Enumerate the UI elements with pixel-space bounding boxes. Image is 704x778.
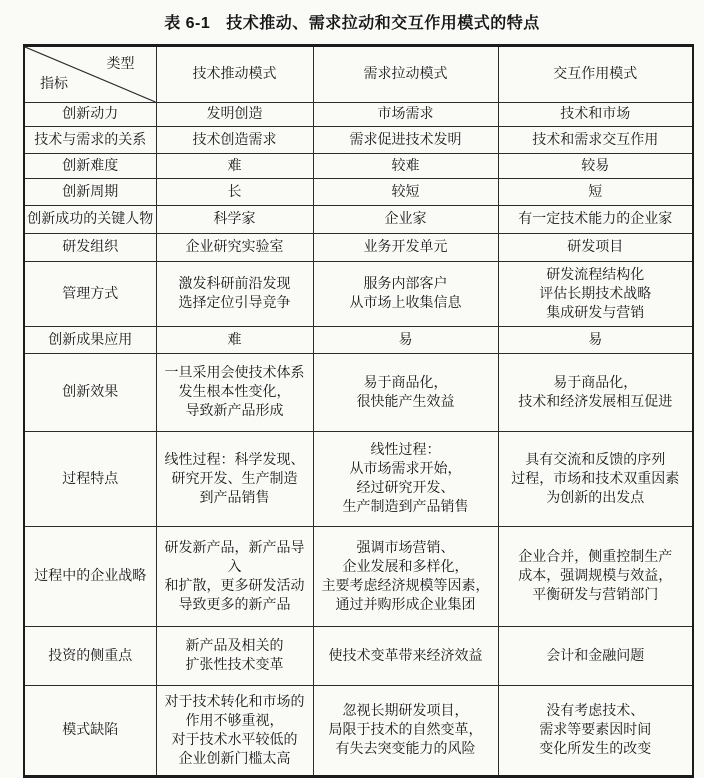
cell-line: 一旦采用会使技术体系 — [159, 364, 311, 383]
value-cell: 较易 — [498, 154, 693, 179]
cell-line: 企业合并，侧重控制生产 — [501, 548, 691, 567]
cell-line: 扩张性技术变革 — [159, 656, 311, 675]
value-cell: 有一定技术能力的企业家 — [498, 206, 693, 234]
value-cell: 线性过程：从市场需求开始，经过研究开发、生产制造到产品销售 — [313, 432, 498, 527]
cell-line: 具有交流和反馈的序列 — [501, 451, 691, 470]
cell-line: 技术和经济发展相互促进 — [501, 393, 691, 412]
indicator-cell: 创新难度 — [24, 154, 156, 179]
table-row: 创新成果应用难易易 — [24, 327, 693, 354]
cell-line: 易于商品化， — [316, 374, 496, 393]
cell-line: 平衡研发与营销部门 — [501, 586, 691, 605]
cell-line: 技术和需求交互作用 — [501, 131, 691, 150]
value-cell: 具有交流和反馈的序列过程，市场和技术双重因素为创新的出发点 — [498, 432, 693, 527]
cell-line: 技术创造需求 — [159, 131, 311, 150]
cell-line: 评估长期技术战略 — [501, 285, 691, 304]
value-cell: 难 — [156, 154, 313, 179]
table-row: 过程特点线性过程：科学发现、研究开发、生产制造到产品销售线性过程：从市场需求开始… — [24, 432, 693, 527]
cell-line: 集成研发与营销 — [501, 304, 691, 323]
cell-line: 发生根本性变化， — [159, 383, 311, 402]
cell-line: 企业研究实验室 — [159, 238, 311, 257]
cell-line: 主要考虑经济规模等因素， — [316, 577, 496, 596]
column-header-tech-push: 技术推动模式 — [156, 46, 313, 103]
header-row: 类型 指标 技术推动模式 需求拉动模式 交互作用模式 — [24, 46, 693, 103]
value-cell: 短 — [498, 179, 693, 206]
table-number: 表 6-1 — [164, 15, 210, 32]
value-cell: 发明创造 — [156, 103, 313, 127]
cell-line: 生产制造到产品销售 — [316, 498, 496, 517]
value-cell: 企业合并，侧重控制生产成本，强调规模与效益，平衡研发与营销部门 — [498, 527, 693, 627]
indicator-cell: 创新成功的关键人物 — [24, 206, 156, 234]
table-row: 模式缺陷对于技术转化和市场的作用不够重视，对于技术水平较低的企业创新门槛太高忽视… — [24, 686, 693, 777]
cell-line: 线性过程： — [316, 441, 496, 460]
cell-line: 有失去突变能力的风险 — [316, 740, 496, 759]
cell-line: 使技术变革带来经济效益 — [316, 647, 496, 666]
column-header-interactive: 交互作用模式 — [498, 46, 693, 103]
cell-line: 研发项目 — [501, 238, 691, 257]
indicator-cell: 过程特点 — [24, 432, 156, 527]
cell-line: 变化所发生的改变 — [501, 740, 691, 759]
cell-line: 需求等要素因时间 — [501, 721, 691, 740]
cell-line: 从市场上收集信息 — [316, 294, 496, 313]
cell-line: 市场需求 — [316, 105, 496, 124]
cell-line: 从市场需求开始， — [316, 460, 496, 479]
value-cell: 技术和需求交互作用 — [498, 127, 693, 154]
cell-line: 导致更多的新产品 — [159, 596, 311, 615]
cell-line: 通过并购形成企业集团 — [316, 596, 496, 615]
value-cell: 强调市场营销、企业发展和多样化，主要考虑经济规模等因素，通过并购形成企业集团 — [313, 527, 498, 627]
table-row: 创新周期长较短短 — [24, 179, 693, 206]
cell-line: 选择定位引导竞争 — [159, 294, 311, 313]
value-cell: 研发流程结构化评估长期技术战略集成研发与营销 — [498, 262, 693, 327]
table-row: 创新成功的关键人物科学家企业家有一定技术能力的企业家 — [24, 206, 693, 234]
cell-line: 没有考虑技术、 — [501, 702, 691, 721]
value-cell: 长 — [156, 179, 313, 206]
indicator-cell: 管理方式 — [24, 262, 156, 327]
cell-line: 服务内部客户 — [316, 275, 496, 294]
cell-line: 对于技术水平较低的 — [159, 731, 311, 750]
value-cell: 市场需求 — [313, 103, 498, 127]
table-row: 投资的侧重点新产品及相关的扩张性技术变革使技术变革带来经济效益会计和金融问题 — [24, 627, 693, 686]
value-cell: 业务开发单元 — [313, 234, 498, 262]
value-cell: 研发新产品，新产品导入和扩散，更多研发活动导致更多的新产品 — [156, 527, 313, 627]
cell-line: 对于技术转化和市场的 — [159, 693, 311, 712]
corner-label-indicator: 指标 — [40, 75, 68, 94]
cell-line: 较短 — [316, 183, 496, 202]
cell-line: 较易 — [501, 157, 691, 176]
cell-line: 研发流程结构化 — [501, 266, 691, 285]
indicator-cell: 过程中的企业战略 — [24, 527, 156, 627]
cell-line: 短 — [501, 183, 691, 202]
value-cell: 会计和金融问题 — [498, 627, 693, 686]
indicator-cell: 研发组织 — [24, 234, 156, 262]
cell-line: 和扩散，更多研发活动 — [159, 577, 311, 596]
value-cell: 忽视长期研发项目，局限于技术的自然变革，有失去突变能力的风险 — [313, 686, 498, 777]
cell-line: 易 — [316, 331, 496, 350]
value-cell: 需求促进技术发明 — [313, 127, 498, 154]
value-cell: 企业家 — [313, 206, 498, 234]
cell-line: 长 — [159, 183, 311, 202]
value-cell: 激发科研前沿发现选择定位引导竞争 — [156, 262, 313, 327]
table-row: 创新效果一旦采用会使技术体系发生根本性变化，导致新产品形成易于商品化，很快能产生… — [24, 354, 693, 432]
indicator-cell: 技术与需求的关系 — [24, 127, 156, 154]
cell-line: 需求促进技术发明 — [316, 131, 496, 150]
value-cell: 较短 — [313, 179, 498, 206]
value-cell: 技术和市场 — [498, 103, 693, 127]
cell-line: 企业家 — [316, 210, 496, 229]
cell-line: 会计和金融问题 — [501, 647, 691, 666]
table-caption: 技术推动、需求拉动和交互作用模式的特点 — [226, 15, 540, 32]
corner-label-type: 类型 — [107, 55, 135, 74]
corner-cell: 类型 指标 — [24, 46, 156, 103]
value-cell: 研发项目 — [498, 234, 693, 262]
value-cell: 服务内部客户从市场上收集信息 — [313, 262, 498, 327]
cell-line: 很快能产生效益 — [316, 393, 496, 412]
cell-line: 过程，市场和技术双重因素 — [501, 470, 691, 489]
cell-line: 成本，强调规模与效益， — [501, 567, 691, 586]
value-cell: 技术创造需求 — [156, 127, 313, 154]
value-cell: 易 — [498, 327, 693, 354]
value-cell: 易 — [313, 327, 498, 354]
cell-line: 强调市场营销、 — [316, 539, 496, 558]
value-cell: 没有考虑技术、需求等要素因时间变化所发生的改变 — [498, 686, 693, 777]
cell-line: 到产品销售 — [159, 489, 311, 508]
cell-line: 线性过程：科学发现、 — [159, 451, 311, 470]
cell-line: 导致新产品形成 — [159, 402, 311, 421]
cell-line: 发明创造 — [159, 105, 311, 124]
indicator-cell: 创新动力 — [24, 103, 156, 127]
indicator-cell: 创新成果应用 — [24, 327, 156, 354]
value-cell: 新产品及相关的扩张性技术变革 — [156, 627, 313, 686]
column-header-demand-pull: 需求拉动模式 — [313, 46, 498, 103]
table-row: 管理方式激发科研前沿发现选择定位引导竞争服务内部客户从市场上收集信息研发流程结构… — [24, 262, 693, 327]
table-row: 研发组织企业研究实验室业务开发单元研发项目 — [24, 234, 693, 262]
cell-line: 易于商品化， — [501, 374, 691, 393]
value-cell: 易于商品化，技术和经济发展相互促进 — [498, 354, 693, 432]
value-cell: 较难 — [313, 154, 498, 179]
value-cell: 难 — [156, 327, 313, 354]
cell-line: 有一定技术能力的企业家 — [501, 210, 691, 229]
value-cell: 易于商品化，很快能产生效益 — [313, 354, 498, 432]
value-cell: 使技术变革带来经济效益 — [313, 627, 498, 686]
cell-line: 科学家 — [159, 210, 311, 229]
cell-line: 激发科研前沿发现 — [159, 275, 311, 294]
indicator-cell: 投资的侧重点 — [24, 627, 156, 686]
table-row: 过程中的企业战略研发新产品，新产品导入和扩散，更多研发活动导致更多的新产品强调市… — [24, 527, 693, 627]
value-cell: 一旦采用会使技术体系发生根本性变化，导致新产品形成 — [156, 354, 313, 432]
indicator-cell: 创新周期 — [24, 179, 156, 206]
document-page: 表 6-1技术推动、需求拉动和交互作用模式的特点 类型 指标 技术推动模式 需求… — [0, 0, 704, 778]
value-cell: 企业研究实验室 — [156, 234, 313, 262]
value-cell: 线性过程：科学发现、研究开发、生产制造到产品销售 — [156, 432, 313, 527]
comparison-table: 类型 指标 技术推动模式 需求拉动模式 交互作用模式 创新动力发明创造市场需求技… — [23, 44, 694, 778]
cell-line: 新产品及相关的 — [159, 637, 311, 656]
cell-line: 技术和市场 — [501, 105, 691, 124]
cell-line: 较难 — [316, 157, 496, 176]
cell-line: 企业发展和多样化， — [316, 558, 496, 577]
indicator-cell: 创新效果 — [24, 354, 156, 432]
table-row: 技术与需求的关系技术创造需求需求促进技术发明技术和需求交互作用 — [24, 127, 693, 154]
indicator-cell: 模式缺陷 — [24, 686, 156, 777]
cell-line: 难 — [159, 331, 311, 350]
table-row: 创新难度难较难较易 — [24, 154, 693, 179]
cell-line: 研发新产品，新产品导入 — [159, 539, 311, 577]
cell-line: 难 — [159, 157, 311, 176]
cell-line: 研究开发、生产制造 — [159, 470, 311, 489]
cell-line: 经过研究开发、 — [316, 479, 496, 498]
cell-line: 作用不够重视， — [159, 712, 311, 731]
table-row: 创新动力发明创造市场需求技术和市场 — [24, 103, 693, 127]
cell-line: 企业创新门槛太高 — [159, 750, 311, 769]
cell-line: 为创新的出发点 — [501, 489, 691, 508]
cell-line: 业务开发单元 — [316, 238, 496, 257]
cell-line: 易 — [501, 331, 691, 350]
value-cell: 对于技术转化和市场的作用不够重视，对于技术水平较低的企业创新门槛太高 — [156, 686, 313, 777]
cell-line: 忽视长期研发项目， — [316, 702, 496, 721]
cell-line: 局限于技术的自然变革， — [316, 721, 496, 740]
value-cell: 科学家 — [156, 206, 313, 234]
table-title: 表 6-1技术推动、需求拉动和交互作用模式的特点 — [0, 10, 704, 33]
